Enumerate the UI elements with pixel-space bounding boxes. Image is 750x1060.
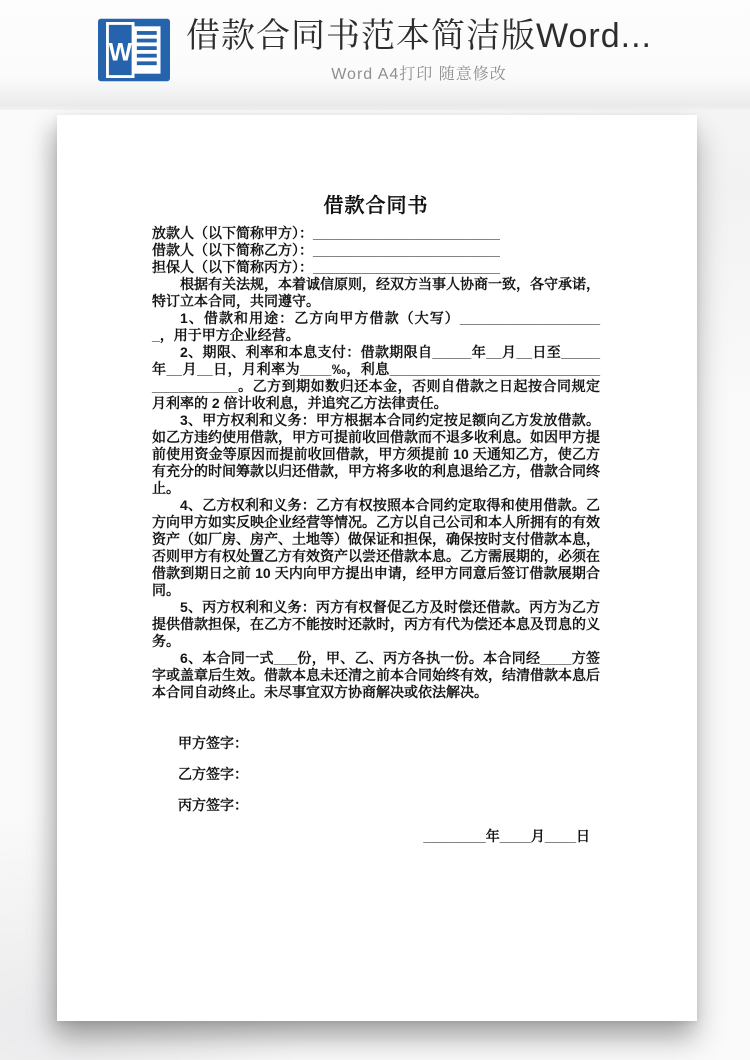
signature-block: 甲方签字： 乙方签字： 丙方签字： ________年____月____日	[152, 735, 600, 845]
word-icon: W	[98, 17, 170, 83]
header-text: 借款合同书范本简洁版Word... Word A4打印 随意修改	[186, 16, 652, 84]
preview-canvas: 借款合同书 放款人（以下简称甲方）：______________________…	[0, 110, 750, 1060]
word-icon-letter: W	[109, 39, 133, 66]
signature-party-c: 丙方签字：	[152, 797, 600, 814]
signature-party-b: 乙方签字：	[152, 766, 600, 783]
page-subtitle: Word A4打印 随意修改	[331, 61, 507, 84]
page-title: 借款合同书范本简洁版Word...	[186, 16, 652, 56]
contract-paragraph-5: 5、丙方权利和义务：丙方有权督促乙方及时偿还借款。丙方为乙方提供借款担保，在乙方…	[152, 599, 600, 650]
contract-paragraph-6: 6、本合同一式___份，甲、乙、丙方各执一份。本合同经____方签字或盖章后生效…	[152, 650, 600, 701]
document-page: 借款合同书 放款人（以下简称甲方）：______________________…	[57, 115, 697, 1021]
party-line-borrower: 借款人（以下简称乙方）：________________________	[152, 242, 600, 259]
party-line-guarantor: 担保人（以下简称丙方）：________________________	[152, 259, 600, 276]
contract-paragraph-3: 3、甲方权利和义务：甲方根据本合同约定按足额向乙方发放借款。如乙方违约使用借款，…	[152, 412, 600, 497]
contract-paragraph-2: 2、期限、利率和本息支付：借款期限自_____年__月__日至_____年__月…	[152, 344, 600, 412]
contract-paragraph-1: 1、借款和用途：乙方向甲方借款（大写）___________________，用…	[152, 310, 600, 344]
contract-paragraph-preamble: 根据有关法规，本着诚信原则，经双方当事人协商一致，各守承诺，特订立本合同，共同遵…	[152, 276, 600, 310]
party-line-lender: 放款人（以下简称甲方）：________________________	[152, 225, 600, 242]
preview-page: W 借款合同书范本简洁版Word... Word A4打印 随意修改 借款合同书…	[0, 0, 750, 1060]
signature-party-a: 甲方签字：	[152, 735, 600, 752]
document-title: 借款合同书	[152, 193, 600, 219]
header: W 借款合同书范本简洁版Word... Word A4打印 随意修改	[0, 0, 750, 110]
date-line: ________年____月____日	[152, 828, 600, 845]
contract-paragraph-4: 4、乙方权利和义务：乙方有权按照本合同约定取得和使用借款。乙方向甲方如实反映企业…	[152, 497, 600, 599]
